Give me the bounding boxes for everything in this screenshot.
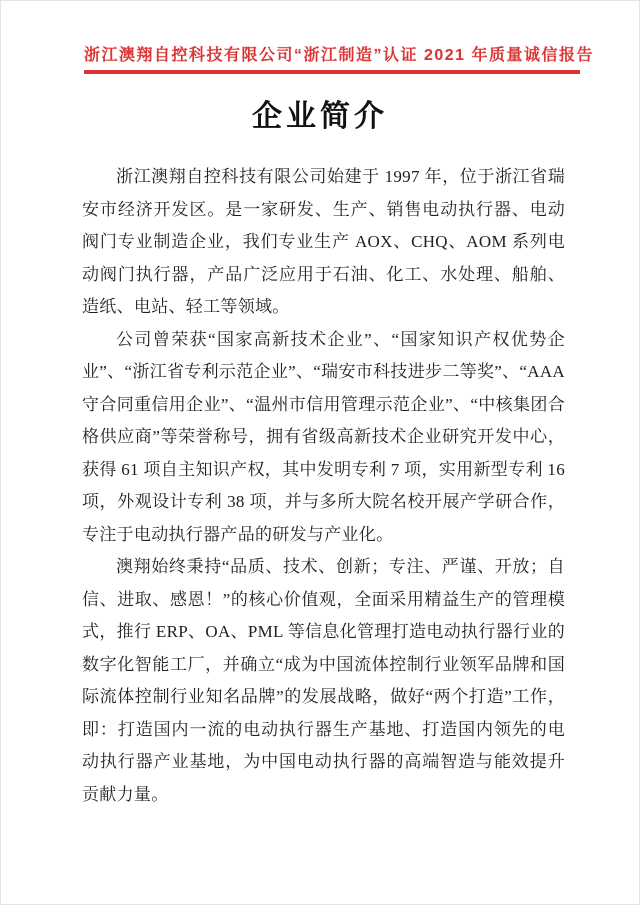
paragraph-values-strategy: 澳翔始终秉持“品质、技术、创新；专注、严谨、开放；自信、进取、感恩！”的核心价值… [82,551,565,811]
document-body: 浙江澳翔自控科技有限公司始建于 1997 年，位于浙江省瑞安市经济开发区。是一家… [82,161,565,811]
page-title: 企业简介 [0,99,640,135]
header-rule [84,70,580,74]
header-row: 浙江澳翔自控科技有限公司 “浙江制造”认证 2021 年质量诚信报告 [84,46,580,65]
document-page: 浙江澳翔自控科技有限公司 “浙江制造”认证 2021 年质量诚信报告 企业简介 … [0,0,640,905]
paragraph-company-intro: 浙江澳翔自控科技有限公司始建于 1997 年，位于浙江省瑞安市经济开发区。是一家… [82,161,565,324]
paragraph-honors: 公司曾荣获“国家高新技术企业”、“国家知识产权优势企业”、“浙江省专利示范企业”… [82,324,565,552]
header-company-name: 浙江澳翔自控科技有限公司 [84,46,294,65]
page-header: 浙江澳翔自控科技有限公司 “浙江制造”认证 2021 年质量诚信报告 [84,46,580,74]
header-report-title: “浙江制造”认证 2021 年质量诚信报告 [294,46,594,65]
